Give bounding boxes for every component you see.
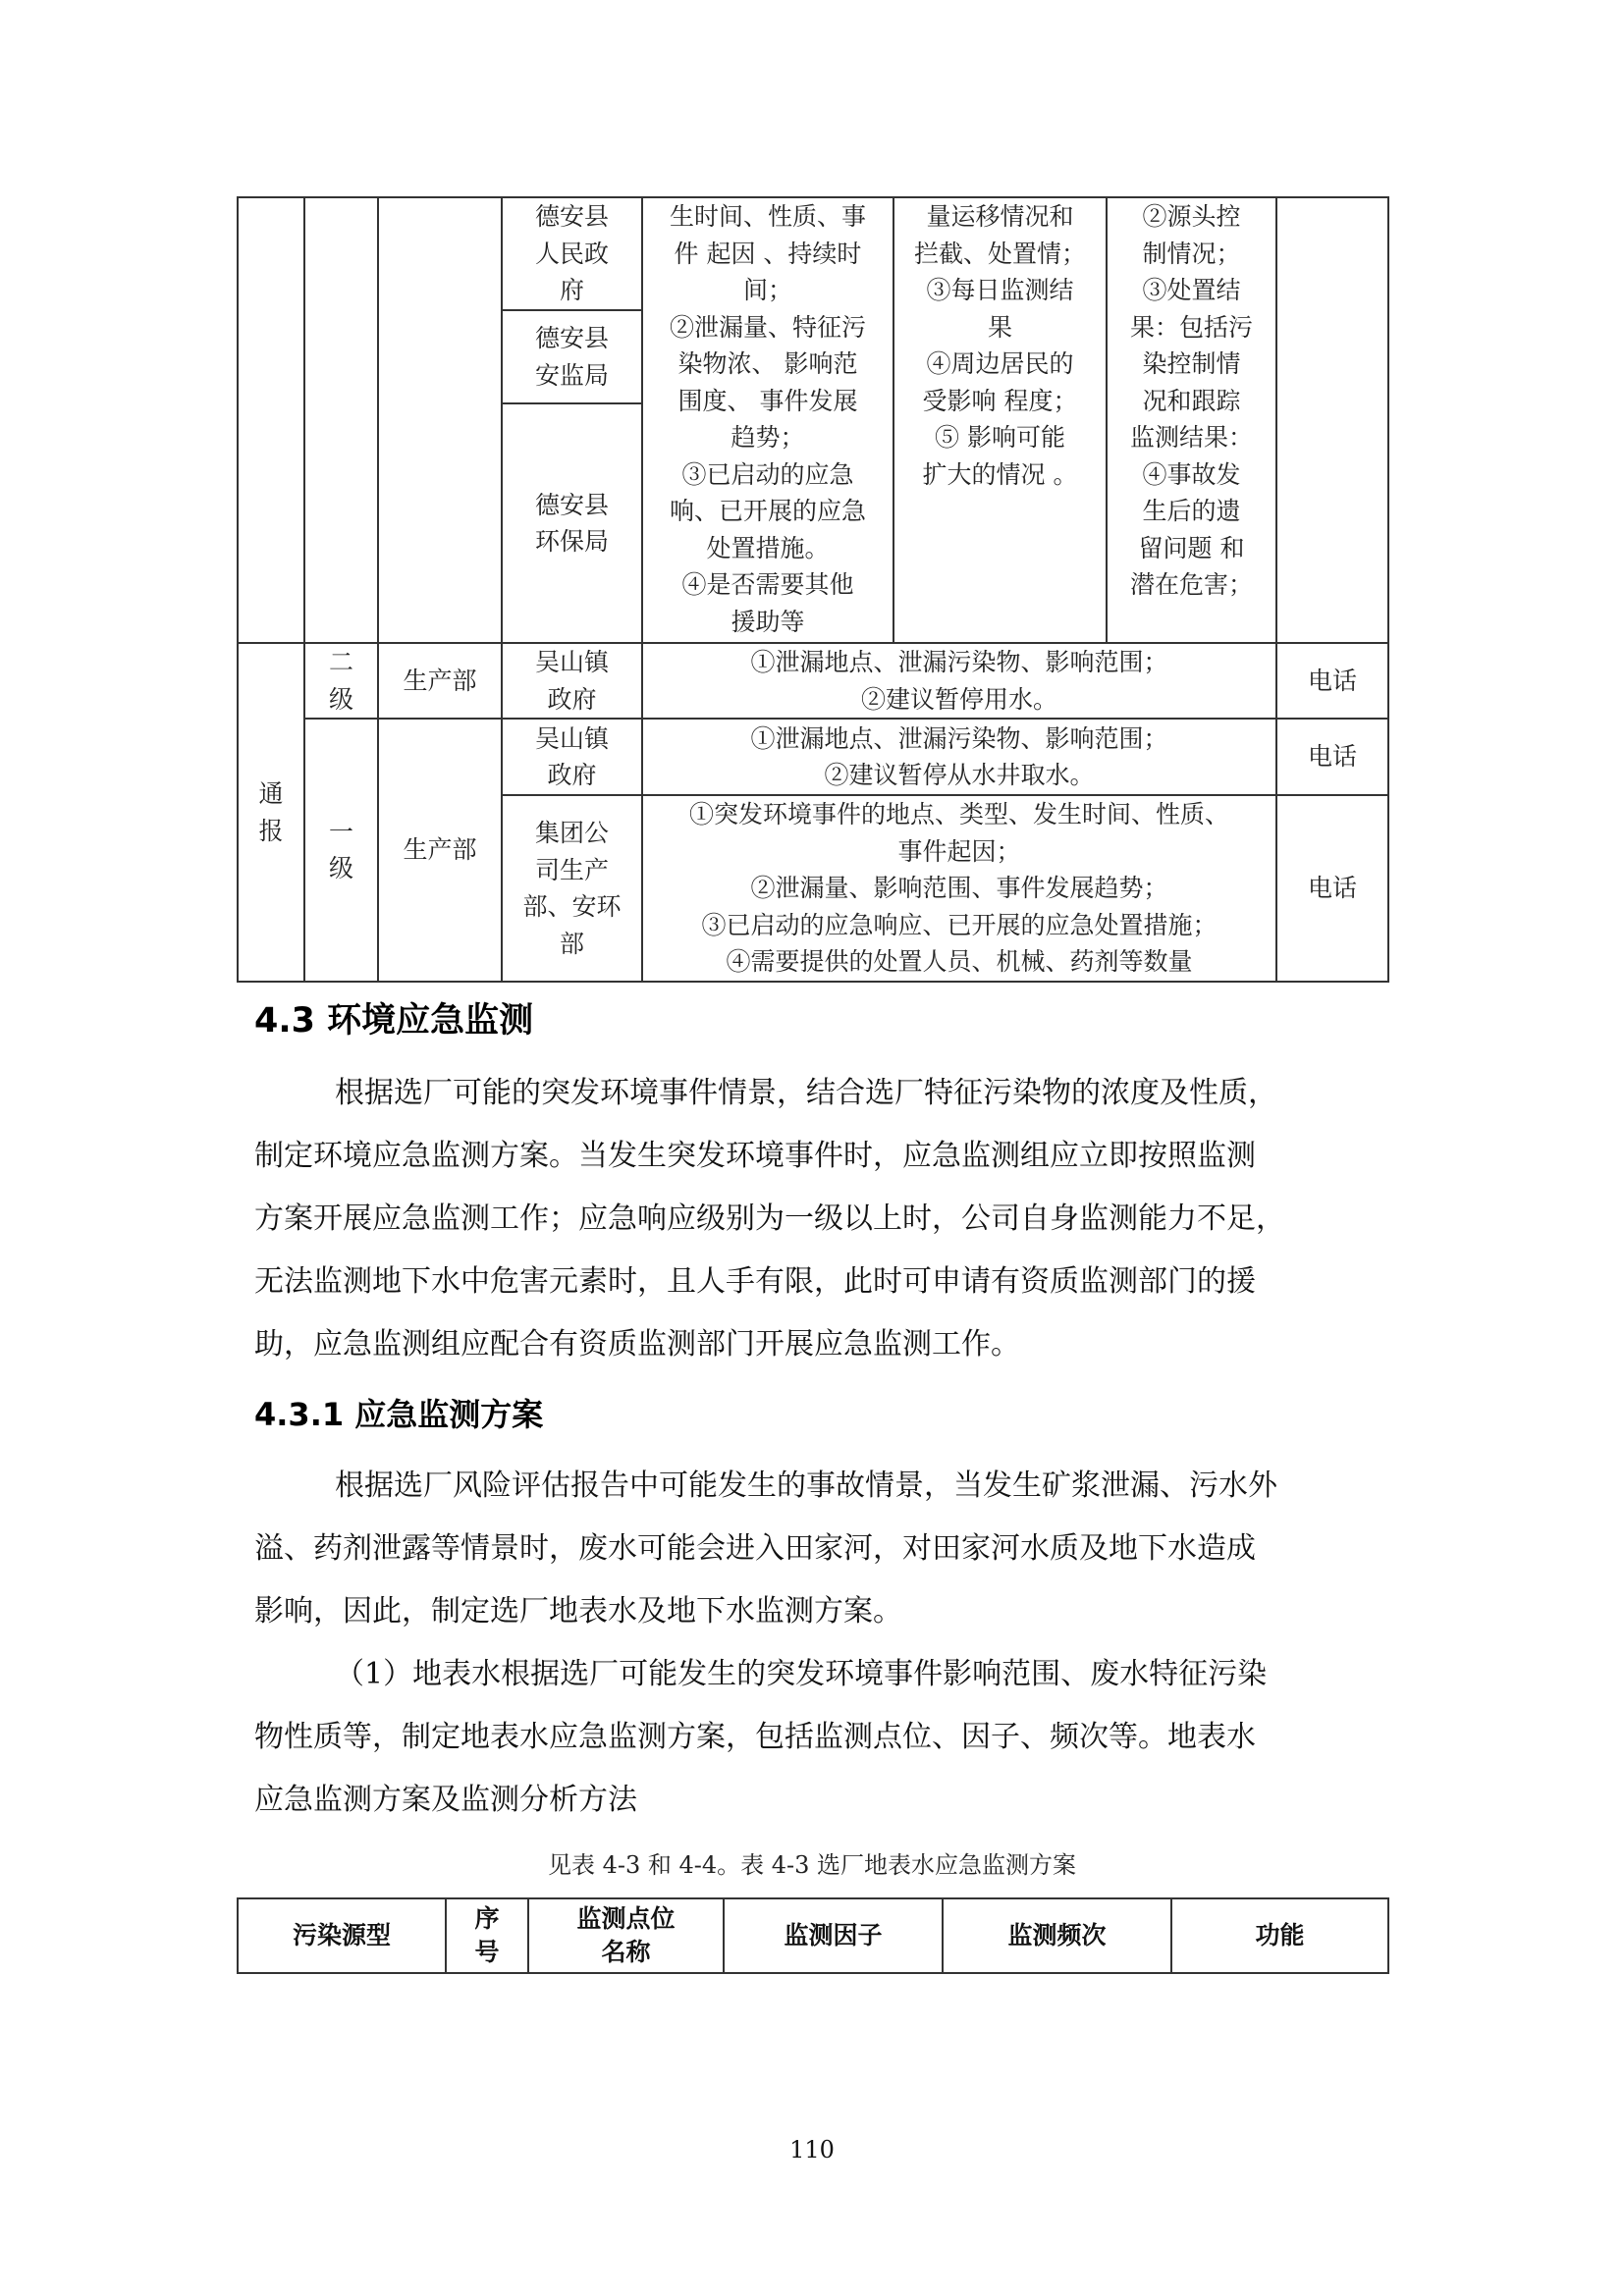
page-number: 110 xyxy=(0,2136,1624,2163)
notify-target-cell: 吴山镇 政府 xyxy=(503,644,641,718)
notify-content-cell: ①泄漏地点、泄漏污染物、影响范围； ②建议暂停用水。 xyxy=(643,644,1275,718)
header-monitoring-factor: 监测因子 xyxy=(725,1899,942,1972)
section-4-3-1-paragraph-1: 根据选厂风险评估报告中可能发生的事故情景，当发生矿浆泄漏、污水外 溢、药剂泄露等… xyxy=(254,1455,1383,1643)
section-heading-4-3-1: 4.3.1 应急监测方案 xyxy=(254,1390,543,1435)
section-4-3-1-paragraph-2: （1）地表水根据选厂可能发生的突发环境事件影响范围、废水特征污染 物性质等，制定… xyxy=(254,1643,1383,1832)
responsible-dept: 生产部 xyxy=(379,720,501,981)
header-monitoring-point: 监测点位 名称 xyxy=(529,1899,723,1972)
paragraph-line: 无法监测地下水中危害元素时，且人手有限，此时可申请有资质监测部门的援 xyxy=(254,1251,1383,1313)
header-pollution-source-type: 污染源型 xyxy=(239,1899,445,1972)
paragraph-line: 根据选厂风险评估报告中可能发生的事故情景，当发生矿浆泄漏、污水外 xyxy=(254,1455,1383,1518)
paragraph-line: 助，应急监测组应配合有资质监测部门开展应急监测工作。 xyxy=(254,1313,1383,1376)
table-caption: 见表 4-3 和 4-4。表 4-3 选厂地表水应急监测方案 xyxy=(237,1845,1387,1880)
response-level: 二 级 xyxy=(305,644,377,718)
table-border-bottom xyxy=(237,981,1389,983)
paragraph-line: （1）地表水根据选厂可能发生的突发环境事件影响范围、废水特征污染 xyxy=(254,1643,1383,1706)
table-border-right xyxy=(1387,196,1389,983)
notify-target-cell: 吴山镇 政府 xyxy=(503,720,641,794)
paragraph-line: 溢、药剂泄露等情景时，废水可能会进入田家河，对田家河水质及地下水造成 xyxy=(254,1518,1383,1580)
paragraph-line: 物性质等，制定地表水应急监测方案，包括监测点位、因子、频次等。地表水 xyxy=(254,1706,1383,1769)
final-report-content: ②源头控 制情况； ③处置结 果：包括污 染控制情 况和跟踪 监测结果： ④事故… xyxy=(1108,196,1275,642)
paragraph-line: 制定环境应急监测方案。当发生突发环境事件时，应急监测组应立即按照监测 xyxy=(254,1125,1383,1188)
header-function: 功能 xyxy=(1172,1899,1387,1972)
header-monitoring-frequency: 监测频次 xyxy=(944,1899,1170,1972)
notify-content-cell: ①泄漏地点、泄漏污染物、影响范围； ②建议暂停从水井取水。 xyxy=(643,720,1275,794)
paragraph-line: 应急监测方案及监测分析方法 xyxy=(254,1769,1383,1832)
notify-content-cell: ①突发环境事件的地点、类型、发生时间、性质、 事件起因； ②泄漏量、影响范围、事… xyxy=(643,796,1275,981)
notify-method-cell: 电话 xyxy=(1277,720,1387,794)
notify-method-cell: 电话 xyxy=(1277,644,1387,718)
responsible-dept: 生产部 xyxy=(379,644,501,718)
paragraph-line: 根据选厂可能的突发环境事件情景，结合选厂特征污染物的浓度及性质， xyxy=(254,1062,1383,1125)
notify-method-cell: 电话 xyxy=(1277,796,1387,981)
table-border-right xyxy=(1387,1897,1389,1974)
initial-report-content: 生时间、性质、事 件 起因 、持续时 间； ②泄漏量、特征污 染物浓、 影响范 … xyxy=(643,196,893,642)
notify-target-cell: 集团公 司生产 部、安环 部 xyxy=(503,796,641,981)
section-heading-4-3: 4.3 环境应急监测 xyxy=(254,993,533,1042)
notify-target-cell: 德安县 安监局 xyxy=(503,311,641,402)
header-serial-number: 序 号 xyxy=(447,1899,527,1972)
table-border-bottom xyxy=(237,1972,1389,1974)
paragraph-line: 方案开展应急监测工作；应急响应级别为一级以上时，公司自身监测能力不足， xyxy=(254,1188,1383,1251)
section-4-3-paragraph: 根据选厂可能的突发环境事件情景，结合选厂特征污染物的浓度及性质， 制定环境应急监… xyxy=(254,1062,1383,1376)
notify-target-cell: 德安县 环保局 xyxy=(503,404,641,642)
progress-report-content: 量运移情况和 拦截、处置情； ③每日监测结 果 ④周边居民的 受影响 程度； ⑤… xyxy=(894,196,1106,642)
response-level: 一 级 xyxy=(305,720,377,981)
paragraph-line: 影响，因此，制定选厂地表水及地下水监测方案。 xyxy=(254,1580,1383,1643)
notify-group-label: 通 报 xyxy=(239,644,303,981)
notify-target-cell: 德安县 人民政 府 xyxy=(503,198,641,309)
